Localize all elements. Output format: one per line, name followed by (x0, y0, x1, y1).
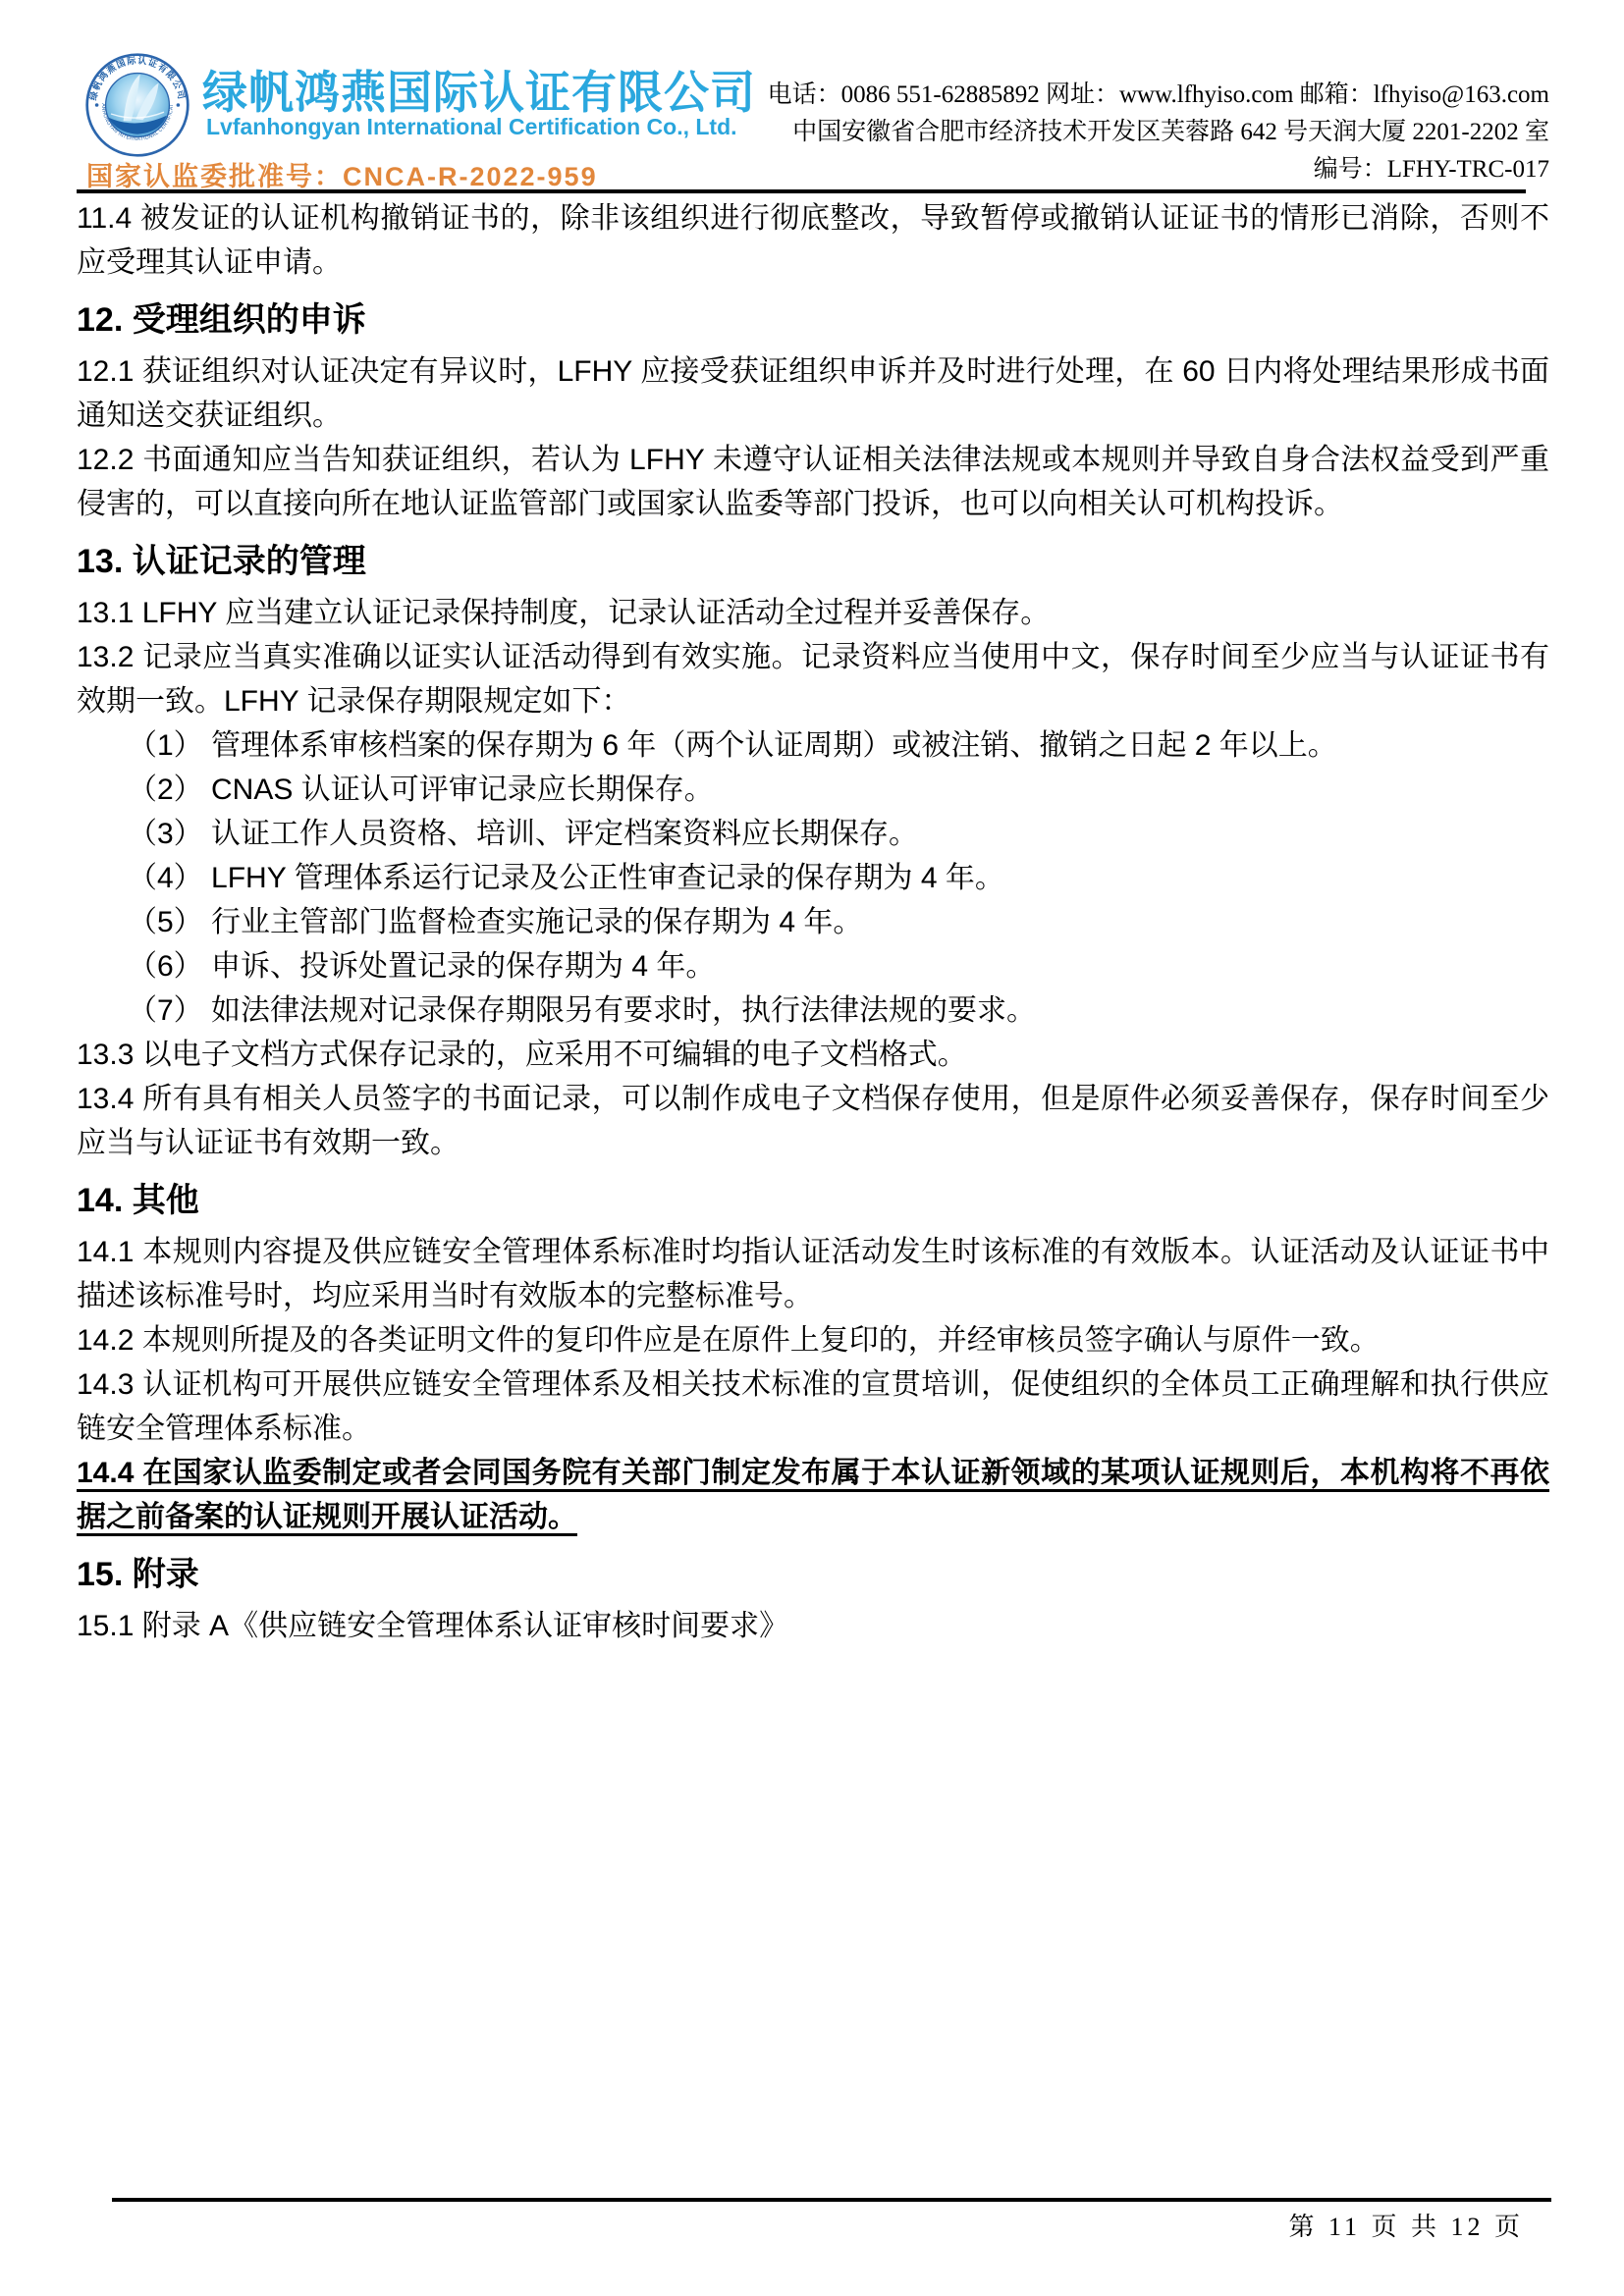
page-header: 绿帆鸿燕国际认证有限公司 LVFANHONGYAN INTERNATIONAL … (0, 0, 1624, 196)
document-page: 绿帆鸿燕国际认证有限公司 LVFANHONGYAN INTERNATIONAL … (0, 0, 1624, 2296)
clause-13-1: 13.1 LFHY 应当建立认证记录保持制度，记录认证活动全过程并妥善保存。 (77, 591, 1549, 635)
document-body: 11.4 被发证的认证机构撤销证书的，除非该组织进行彻底整改，导致暂停或撤销认证… (77, 196, 1549, 1648)
record-item-7: （7） 如法律法规对记录保存期限另有要求时，执行法律法规的要求。 (77, 988, 1549, 1033)
clause-13-4: 13.4 所有具有相关人员签字的书面记录，可以制作成电子文档保存使用，但是原件必… (77, 1077, 1549, 1165)
clause-14-4: 14.4 在国家认监委制定或者会同国务院有关部门制定发布属于本认证新领域的某项认… (77, 1451, 1549, 1539)
heading-13: 13. 认证记录的管理 (77, 540, 1549, 584)
clause-12-1: 12.1 获证组织对认证决定有异议时，LFHY 应接受获证组织申诉并及时进行处理… (77, 349, 1549, 438)
heading-14: 14. 其他 (77, 1179, 1549, 1223)
clause-14-1: 14.1 本规则内容提及供应链安全管理体系标准时均指认证活动发生时该标准的有效版… (77, 1230, 1549, 1318)
clause-13-2: 13.2 记录应当真实准确以证实认证活动得到有效实施。记录资料应当使用中文，保存… (77, 635, 1549, 723)
clause-15-1: 15.1 附录 A《供应链安全管理体系认证审核时间要求》 (77, 1604, 1549, 1648)
footer-divider (112, 2198, 1551, 2202)
contact-phone-web-email: 电话：0086 551-62885892 网址：www.lfhyiso.com … (768, 77, 1549, 114)
header-divider (77, 189, 1526, 193)
company-name-en: Lvfanhongyan International Certification… (206, 114, 737, 140)
record-item-6: （6） 申诉、投诉处置记录的保存期为 4 年。 (77, 944, 1549, 988)
company-name-cn: 绿帆鸿燕国际认证有限公司 (202, 57, 756, 122)
clause-12-2: 12.2 书面通知应当告知获证组织，若认为 LFHY 未遵守认证相关法律法规或本… (77, 438, 1549, 526)
page-number-indicator: 第 11 页 共 12 页 (1288, 2207, 1524, 2243)
clause-11-4: 11.4 被发证的认证机构撤销证书的，除非该组织进行彻底整改，导致暂停或撤销认证… (77, 196, 1549, 285)
record-item-4: （4） LFHY 管理体系运行记录及公正性审查记录的保存期为 4 年。 (77, 856, 1549, 900)
company-emblem-icon: 绿帆鸿燕国际认证有限公司 LVFANHONGYAN INTERNATIONAL … (84, 51, 190, 159)
clause-13-3: 13.3 以电子文档方式保存记录的，应采用不可编辑的电子文档格式。 (77, 1033, 1549, 1077)
contact-address: 中国安徽省合肥市经济技术开发区芙蓉路 642 号天润大厦 2201-2202 室 (768, 114, 1549, 151)
clause-14-2: 14.2 本规则所提及的各类证明文件的复印件应是在原件上复印的，并经审核员签字确… (77, 1318, 1549, 1362)
heading-15: 15. 附录 (77, 1553, 1549, 1597)
clause-14-3: 14.3 认证机构可开展供应链安全管理体系及相关技术标准的宣贯培训，促使组织的全… (77, 1362, 1549, 1451)
cnca-approval-number: 国家认监委批准号：CNCA-R-2022-959 (86, 155, 598, 193)
document-number: 编号：LFHY-TRC-017 (768, 151, 1549, 188)
record-item-1: （1） 管理体系审核档案的保存期为 6 年（两个认证周期）或被注销、撤销之日起 … (77, 723, 1549, 768)
record-item-2: （2） CNAS 认证认可评审记录应长期保存。 (77, 768, 1549, 812)
record-item-5: （5） 行业主管部门监督检查实施记录的保存期为 4 年。 (77, 900, 1549, 944)
company-contact-block: 电话：0086 551-62885892 网址：www.lfhyiso.com … (768, 77, 1549, 188)
record-item-3: （3） 认证工作人员资格、培训、评定档案资料应长期保存。 (77, 812, 1549, 856)
heading-12: 12. 受理组织的申诉 (77, 298, 1549, 343)
